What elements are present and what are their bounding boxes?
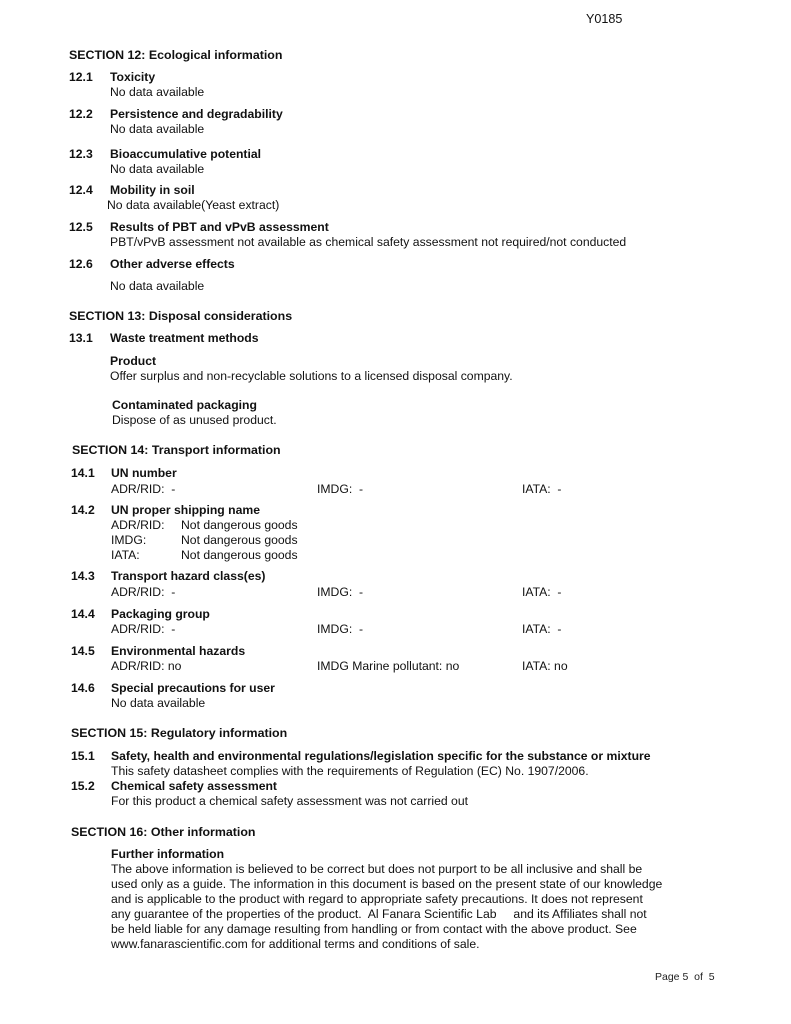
item-number: 14.5: [71, 644, 95, 658]
item-text: No data available: [110, 85, 204, 99]
item-number: 14.2: [71, 503, 95, 517]
section-15-title: SECTION 15: Regulatory information: [71, 726, 287, 740]
adr-value: ADR/RID: no: [111, 659, 181, 673]
paragraph-line: www.fanarascientific.com for additional …: [111, 937, 480, 951]
imdg-value: IMDG Marine pollutant: no: [317, 659, 459, 673]
iata-label: IATA:: [111, 548, 140, 562]
product-label: Product: [110, 354, 156, 368]
item-text: For this product a chemical safety asses…: [111, 794, 468, 808]
item-heading: UN proper shipping name: [111, 503, 260, 517]
item-number: 12.2: [69, 107, 93, 121]
item-heading: Environmental hazards: [111, 644, 245, 658]
item-number: 12.5: [69, 220, 93, 234]
paragraph-line: The above information is believed to be …: [111, 862, 642, 876]
section-12-title: SECTION 12: Ecological information: [69, 48, 282, 62]
iata-value: Not dangerous goods: [181, 548, 298, 562]
item-number: 12.1: [69, 70, 93, 84]
item-text: PBT/vPvB assessment not available as che…: [110, 235, 626, 249]
item-heading: Persistence and degradability: [110, 107, 283, 121]
document-id: Y0185: [586, 12, 622, 26]
item-text: No data available: [111, 696, 205, 710]
item-number: 12.4: [69, 183, 93, 197]
packaging-text: Dispose of as unused product.: [112, 413, 277, 427]
item-heading: UN number: [111, 466, 177, 480]
imdg-value: Not dangerous goods: [181, 533, 298, 547]
item-number: 12.6: [69, 257, 93, 271]
item-heading: Transport hazard class(es): [111, 569, 265, 583]
item-number: 14.6: [71, 681, 95, 695]
packaging-label: Contaminated packaging: [112, 398, 257, 412]
item-heading: Special precautions for user: [111, 681, 275, 695]
imdg-value: IMDG: -: [317, 622, 363, 636]
paragraph-line: be held liable for any damage resulting …: [111, 922, 637, 936]
adr-value: ADR/RID: -: [111, 585, 175, 599]
paragraph-line: any guarantee of the properties of the p…: [111, 907, 647, 921]
imdg-value: IMDG: -: [317, 482, 363, 496]
item-heading: Safety, health and environmental regulat…: [111, 749, 651, 763]
item-heading: Results of PBT and vPvB assessment: [110, 220, 329, 234]
item-number: 14.1: [71, 466, 95, 480]
item-number: 15.1: [71, 749, 95, 763]
item-heading: Other adverse effects: [110, 257, 235, 271]
section-13-title: SECTION 13: Disposal considerations: [69, 309, 292, 323]
iata-value: IATA: -: [522, 482, 562, 496]
item-number: 15.2: [71, 779, 95, 793]
adr-label: ADR/RID:: [111, 518, 165, 532]
paragraph-line: and is applicable to the product with re…: [111, 892, 643, 906]
iata-value: IATA: -: [522, 585, 562, 599]
item-number: 14.3: [71, 569, 95, 583]
item-text: No data available: [110, 122, 204, 136]
item-heading: Waste treatment methods: [110, 331, 259, 345]
imdg-label: IMDG:: [111, 533, 146, 547]
item-text: No data available: [110, 162, 204, 176]
page-number: Page 5 of 5: [655, 970, 715, 984]
adr-value: ADR/RID: -: [111, 622, 175, 636]
item-heading: Toxicity: [110, 70, 155, 84]
item-heading: Chemical safety assessment: [111, 779, 277, 793]
item-text: This safety datasheet complies with the …: [111, 764, 589, 778]
item-number: 14.4: [71, 607, 95, 621]
further-information-heading: Further information: [111, 847, 224, 861]
item-heading: Packaging group: [111, 607, 210, 621]
item-heading: Bioaccumulative potential: [110, 147, 261, 161]
section-16-title: SECTION 16: Other information: [71, 825, 256, 839]
product-text: Offer surplus and non-recyclable solutio…: [110, 369, 513, 383]
iata-value: IATA: -: [522, 622, 562, 636]
item-number: 12.3: [69, 147, 93, 161]
item-text: No data available: [110, 279, 204, 293]
item-number: 13.1: [69, 331, 93, 345]
adr-value: ADR/RID: -: [111, 482, 175, 496]
iata-value: IATA: no: [522, 659, 568, 673]
imdg-value: IMDG: -: [317, 585, 363, 599]
section-14-title: SECTION 14: Transport information: [72, 443, 281, 457]
paragraph-line: used only as a guide. The information in…: [111, 877, 662, 891]
adr-value: Not dangerous goods: [181, 518, 298, 532]
item-heading: Mobility in soil: [110, 183, 195, 197]
item-text: No data available(Yeast extract): [107, 198, 279, 212]
